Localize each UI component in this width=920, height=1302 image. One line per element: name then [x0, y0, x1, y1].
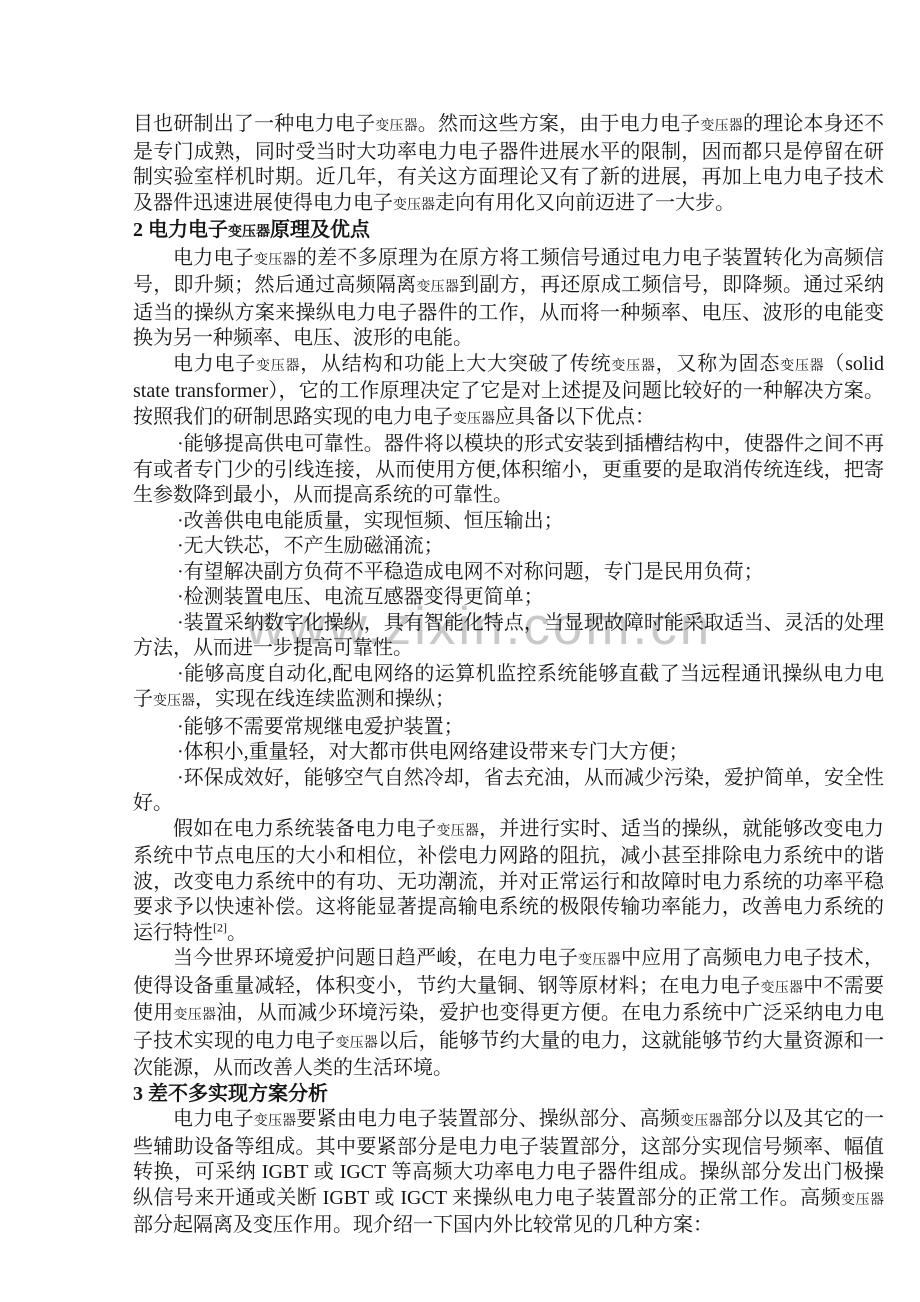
small-term-transformer: 变压器: [436, 824, 479, 839]
small-term-transformer: 变压器: [375, 119, 418, 134]
small-term-transformer: 变压器: [174, 1008, 217, 1023]
bullet-item: ·能够提高供电可靠性。器件将以模块的形式安装到插槽结构中，使器件之间不再有或者专…: [133, 432, 884, 509]
bullet-item: ·装置采纳数字化操纵，具有智能化特点，当显现故障时能采取适当、灵活的处理方法，从…: [133, 611, 884, 662]
bullet-item: ·体积小,重量轻，对大都市供电网络建设带来专门大方便；: [133, 740, 884, 766]
small-term-transformer: 变压器: [780, 359, 824, 374]
small-term-transformer: 变压器: [254, 253, 297, 268]
bullet-item: ·环保成效好，能够空气自然冷却，省去充油，从而减少污染，爱护简单，安全性好。: [133, 766, 884, 817]
bullet-item: ·检测装置电压、电流互感器变得更简单；: [133, 585, 884, 611]
paragraph: 电力电子变压器的差不多原理为在原方将工频信号通过电力电子装置转化为高频信号，即升…: [133, 246, 884, 352]
small-term-transformer: 变压器: [416, 280, 459, 295]
small-term-transformer: 变压器: [611, 359, 655, 374]
small-term-transformer: 变压器: [228, 225, 270, 240]
small-term-transformer: 变压器: [153, 694, 195, 709]
paragraph: 当今世界环境爱护问题日趋严峻，在电力电子变压器中应用了高频电力电子技术，使得设备…: [133, 946, 884, 1082]
small-term-transformer: 变压器: [254, 1114, 297, 1129]
section-heading: 2 电力电子变压器原理及优点: [133, 218, 884, 246]
small-term-transformer: 变压器: [335, 1036, 378, 1051]
small-term-transformer: 变压器: [761, 981, 804, 996]
citation-ref: [2]: [213, 920, 227, 934]
small-term-transformer: 变压器: [700, 119, 743, 134]
paragraph: 电力电子变压器要紧由电力电子装置部分、操纵部分、高频变压器部分以及其它的一些辅助…: [133, 1107, 884, 1239]
bullet-item: ·改善供电电能质量，实现恒频、恒压输出；: [133, 509, 884, 535]
small-term-transformer: 变压器: [841, 1193, 884, 1208]
section-heading: 3 差不多实现方案分析: [133, 1082, 884, 1108]
small-term-transformer: 变压器: [453, 412, 495, 427]
bullet-item: ·无大铁芯，不产生励磁涌流；: [133, 534, 884, 560]
document-content: 目也研制出了一种电力电子变压器。然而这些方案，由于电力电子变压器的理论本身还不是…: [133, 112, 884, 1239]
bullet-item: ·能够高度自动化,配电网络的运算机监控系统能够直截了当远程通讯操纵电力电子变压器…: [133, 662, 884, 715]
paragraph: 电力电子变压器，从结构和功能上大大突破了传统变压器，又称为固态变压器（solid…: [133, 352, 884, 433]
bullet-item: ·有望解决副方负荷不平稳造成电网不对称问题，专门是民用负荷；: [133, 560, 884, 586]
small-term-transformer: 变压器: [578, 953, 621, 968]
paragraph: 假如在电力系统装备电力电子变压器，并进行实时、适当的操纵，就能够改变电力系统中节…: [133, 817, 884, 947]
small-term-transformer: 变压器: [680, 1114, 723, 1129]
bullet-item: ·能够不需要常规继电爱护装置；: [133, 715, 884, 741]
document-page: www.zixin.com.cn 目也研制出了一种电力电子变压器。然而这些方案，…: [0, 0, 920, 1302]
paragraph: 目也研制出了一种电力电子变压器。然而这些方案，由于电力电子变压器的理论本身还不是…: [133, 112, 884, 218]
small-term-transformer: 变压器: [256, 359, 300, 374]
small-term-transformer: 变压器: [393, 198, 435, 213]
